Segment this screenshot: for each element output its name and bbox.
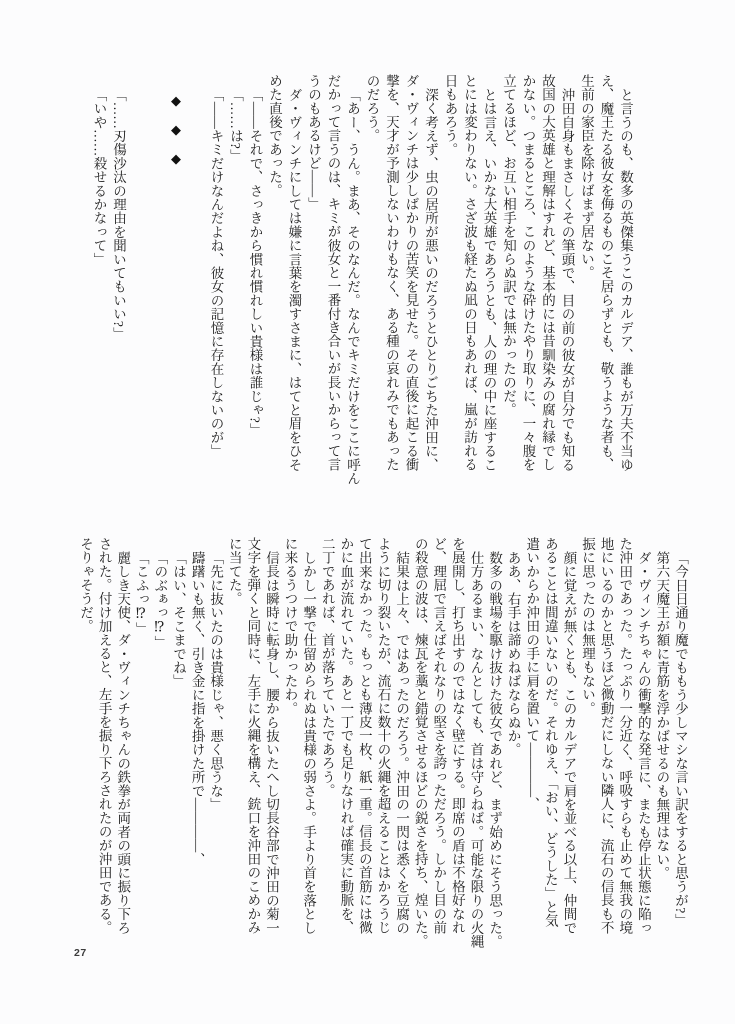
text-column: 故国の大英雄と理解はすれど、基本的には昔馴染みの腐れ縁でし [538, 74, 558, 498]
text-column: 「――それで、さっきから慣れ慣れしい貴様は誰じゃ?」 [245, 74, 265, 512]
text-column: に来るうつけで助かったわ。 [280, 537, 299, 967]
text-column: ように切り裂いたが、流石に数十の火縄を超えることはかろうじ [373, 537, 392, 967]
text-column: 結果は上々、ではあったのだろう。沖田の一閃は悉くを豆腐の [392, 537, 411, 981]
text-column: 生前の家臣を除けばまず居ない。 [577, 74, 597, 498]
text-column: めた直後であった。 [265, 74, 285, 498]
text-column: かない。つまるところ、このような砕けたやり取りに、一々腹を [518, 74, 538, 498]
bottom-text-block: 「今日日通り魔でももう少しマシな言い訳をすると思うが?」第六天魔王が額に青筋を浮… [75, 537, 689, 981]
text-column: 第六天魔王が額に青筋を浮かばせるのも無理はない。 [652, 537, 671, 981]
blank-column [187, 74, 207, 498]
text-column: だかって言うのは、キミが彼女と一番付き合いが長いからって言 [323, 74, 343, 498]
text-column: 「――キミだけなんだよね、彼女の記憶に存在しないのが」 [206, 74, 226, 512]
text-column: 遣いからか沖田の手に肩を置いて――――、 [522, 537, 541, 967]
text-column: 「はい、そこまでね」 [168, 537, 187, 981]
text-column: 日もあろう。 [440, 74, 460, 498]
text-column: うのもあるけど――」 [304, 74, 324, 498]
text-column: の殺意の波は、煉瓦を藁と錯覚させるほどの鋭さを持ち、煌いた。 [410, 537, 429, 967]
text-column: あることは間違いないのだ。それゆえ、「おい、どうした」と気 [540, 537, 559, 967]
text-column: 「……刃傷沙汰の理由を聞いてもいい?」 [109, 74, 129, 512]
text-column: を展開し、打ち出すのではなく壁にする。即席の盾は不格好なれ [447, 537, 466, 967]
blank-column [148, 74, 168, 498]
text-column: と言うのも、数多の英傑集うこのカルデア、誰もが万夫不当ゆ [616, 74, 636, 512]
text-column: 信長は瞬時に転身し、腰から抜いたへし切長谷部で沖田の菊一 [261, 537, 280, 981]
text-column: ダ・ヴィンチは少しばかりの苦笑を見せた。その直後に起こる衝 [401, 74, 421, 498]
text-column: 振に思ったのは無理もない。 [577, 537, 596, 967]
text-column: 「のぶぁっ⁉」 [150, 537, 169, 981]
text-column: 撃を、天才が予測しないわけもなく、ある種の哀れみでもあった [382, 74, 402, 498]
text-column: 「いや……殺せるかなって」 [89, 74, 109, 512]
text-column: た沖田であった。たっぷり一分近く、呼吸すらも止めて無我の境 [615, 537, 634, 967]
text-column: 地にいるのかと思うほど微動だにしない隣人に、流石の信長も不 [596, 537, 615, 967]
text-column: 文字を弾くと同時に、左手に火縄を構え、銃口を沖田のこめかみ [243, 537, 262, 967]
page-number: 27 [74, 947, 87, 959]
text-column: 数多の戦場を駆け抜けた彼女であれど、まず始めにそう思った。 [484, 537, 503, 981]
text-column: 麗しき天使、ダ・ヴィンチちゃんの鉄拳が両者の頭に振り下ろ [113, 537, 132, 981]
text-column: とには変わりない。さざ波も経たぬ凪の日もあれば、嵐が訪れる [460, 74, 480, 498]
novel-page: と言うのも、数多の英傑集うこのカルデア、誰もが万夫不当ゆえ、魔王たる彼女を侮るも… [0, 0, 735, 1024]
text-column: ダ・ヴィンチにしては嫌に言葉を濁すさまに、はてと眉をひそ [284, 74, 304, 512]
text-column: 「あー、うん。まあ、そのなんだ。なんでキミだけをここに呼ん [343, 74, 363, 512]
text-column: された。付け加えると、左手を振り下ろされたのが沖田である。 [94, 537, 113, 967]
text-column: に当てた。 [224, 537, 243, 967]
blank-column [128, 74, 148, 498]
text-column: 躊躇いも無く、引き金に指を掛けた所で――――、 [187, 537, 206, 981]
text-column: え、魔王たる彼女を侮るものこそ居らずとも、敬うような者も、 [596, 74, 616, 498]
text-column: しかし一撃で仕留められぬは貴様の弱さよ。手より首を落とし [299, 537, 318, 981]
text-column: 顔に覚えが無くとも、このカルデアで肩を並べる以上、仲間で [559, 537, 578, 981]
text-column: ああ、右手は諦めねばならぬか。 [503, 537, 522, 981]
section-break-diamonds: ◆◆◆ [167, 74, 187, 518]
text-column: かに血が流れていた。あと一丁でも足りなければ確実に動脈を、 [336, 537, 355, 967]
text-column: とは言え、いかな大英雄であろうとも、人の理の中に座するこ [479, 74, 499, 512]
text-column: 深く考えず、虫の居所が悪いのだろうとひとりごちた沖田に、 [421, 74, 441, 512]
text-column: ダ・ヴィンチちゃんの衝撃的な発言に、またも停止状態に陥っ [633, 537, 652, 981]
text-column: 「……は?」 [226, 74, 246, 512]
text-column: 二丁であれば、首が落ちていたであろう。 [317, 537, 336, 967]
text-column: 「今日日通り魔でももう少しマシな言い訳をすると思うが?」 [670, 537, 689, 981]
text-column: 「こふっ⁉」 [131, 537, 150, 981]
text-column: 仕方あるまい、なんとしても、首は守らねば。可能な限りの火縄 [466, 537, 485, 981]
text-column: 「先に抜いたのは貴様じゃ、悪く思うな」 [206, 537, 225, 981]
top-text-block: と言うのも、数多の英傑集うこのカルデア、誰もが万夫不当ゆえ、魔王たる彼女を侮るも… [89, 74, 635, 518]
text-column: て出来なかった。もっとも薄皮一枚、紙一重。信長の首筋には微 [354, 537, 373, 967]
text-column: のだろう。 [362, 74, 382, 498]
text-column: 立てるほど、お互い相手を知らぬ訳では無かったのだ。 [499, 74, 519, 498]
text-column: そりゃそうだ。 [75, 537, 94, 967]
text-column: 沖田自身もまさしくその筆頭で、目の前の彼女が自分でも知る [557, 74, 577, 512]
text-column: ど、理屈で言えばそれなりの堅さを誇っただろう。しかし目の前 [429, 537, 448, 967]
